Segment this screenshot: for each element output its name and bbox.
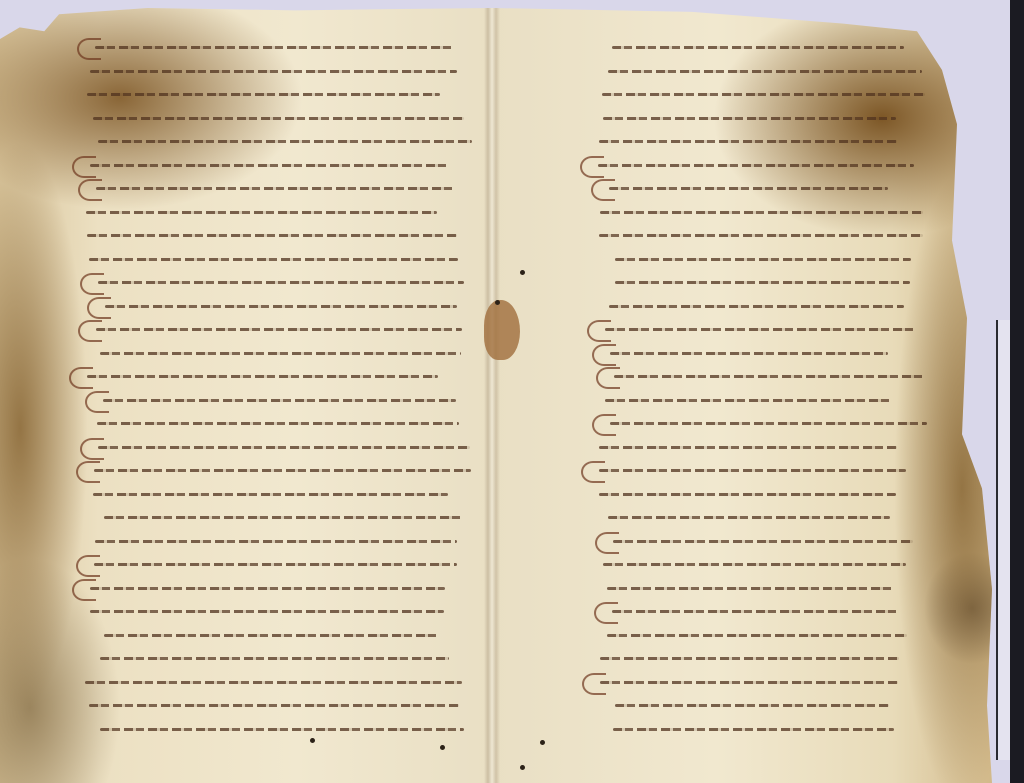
- handwriting-line: [85, 681, 462, 684]
- handwriting-line: [615, 281, 910, 284]
- handwriting-line: [93, 117, 463, 120]
- handwriting-line: [600, 657, 899, 660]
- flourish-mark: [595, 532, 619, 554]
- flourish-mark: [72, 579, 96, 601]
- handwriting-line: [603, 117, 896, 120]
- handwriting-line: [90, 587, 446, 590]
- handwriting-line: [103, 399, 456, 402]
- handwriting-line: [600, 211, 924, 214]
- handwriting-line: [609, 305, 904, 308]
- handwriting-line: [100, 657, 449, 660]
- handwriting-line: [89, 704, 459, 707]
- handwriting-line: [98, 446, 470, 449]
- handwriting-line: [90, 70, 457, 73]
- dark-edge: [1010, 0, 1024, 783]
- flourish-mark: [72, 156, 96, 178]
- handwriting-line: [96, 187, 455, 190]
- handwriting-line: [94, 469, 471, 472]
- left-page: [0, 8, 492, 783]
- ink-dot: [520, 270, 525, 275]
- handwriting-line: [86, 211, 437, 214]
- handwriting-line: [599, 140, 897, 143]
- handwriting-line: [599, 234, 923, 237]
- flourish-mark: [594, 602, 618, 624]
- handwriting-line: [90, 164, 448, 167]
- ink-dot: [310, 738, 315, 743]
- handwriting-line: [613, 728, 895, 731]
- ink-stain: [484, 300, 520, 360]
- handwriting-line: [609, 187, 888, 190]
- handwriting-line: [612, 46, 904, 49]
- flourish-mark: [87, 297, 111, 319]
- handwriting-line: [100, 352, 460, 355]
- handwriting-line: [105, 305, 457, 308]
- handwriting-line: [605, 328, 915, 331]
- handwriting-line: [100, 728, 465, 731]
- handwriting-line: [605, 399, 891, 402]
- handwriting-line: [90, 610, 444, 613]
- handwriting-line: [603, 563, 906, 566]
- ink-dot: [440, 745, 445, 750]
- flourish-mark: [591, 179, 615, 201]
- handwriting-line: [94, 563, 457, 566]
- manuscript-photo: [0, 0, 1024, 783]
- handwriting-line: [608, 70, 922, 73]
- flourish-mark: [581, 461, 605, 483]
- book-gutter: [484, 8, 500, 783]
- handwriting-line: [608, 516, 890, 519]
- handwriting-line: [97, 422, 459, 425]
- handwriting-line: [615, 258, 912, 261]
- handwriting-line: [612, 610, 901, 613]
- flourish-mark: [80, 273, 104, 295]
- flourish-mark: [592, 344, 616, 366]
- handwriting-line: [613, 540, 913, 543]
- flourish-mark: [587, 320, 611, 342]
- handwriting-line: [598, 164, 914, 167]
- flourish-mark: [77, 38, 101, 60]
- handwriting-line: [93, 493, 448, 496]
- paper-edge: [996, 320, 1010, 760]
- flourish-mark: [592, 414, 616, 436]
- handwriting-line: [95, 46, 453, 49]
- handwriting-line: [98, 140, 472, 143]
- handwriting-line: [87, 234, 457, 237]
- handwriting-line: [615, 704, 890, 707]
- ink-dot: [495, 300, 500, 305]
- ink-dot: [540, 740, 545, 745]
- handwriting-line: [87, 375, 438, 378]
- handwriting-line: [87, 93, 440, 96]
- flourish-mark: [76, 555, 100, 577]
- right-page: [492, 8, 992, 783]
- handwriting-line: [96, 328, 462, 331]
- handwriting-line: [610, 352, 888, 355]
- ink-dot: [520, 765, 525, 770]
- handwriting-line: [95, 540, 458, 543]
- handwriting-line: [607, 587, 895, 590]
- handwriting-line: [98, 281, 463, 284]
- handwriting-line: [599, 493, 896, 496]
- handwriting-line: [89, 258, 458, 261]
- flourish-mark: [80, 438, 104, 460]
- handwriting-line: [599, 469, 906, 472]
- handwriting-line: [600, 681, 899, 684]
- flourish-mark: [76, 461, 100, 483]
- handwriting-line: [607, 634, 908, 637]
- flourish-mark: [582, 673, 606, 695]
- flourish-mark: [596, 367, 620, 389]
- handwriting-line: [614, 375, 925, 378]
- flourish-mark: [69, 367, 93, 389]
- flourish-mark: [85, 391, 109, 413]
- flourish-mark: [580, 156, 604, 178]
- handwriting-line: [602, 93, 925, 96]
- handwriting-line: [599, 446, 898, 449]
- flourish-mark: [78, 179, 102, 201]
- handwriting-line: [610, 422, 926, 425]
- flourish-mark: [78, 320, 102, 342]
- handwriting-line: [104, 634, 438, 637]
- handwriting-line: [104, 516, 462, 519]
